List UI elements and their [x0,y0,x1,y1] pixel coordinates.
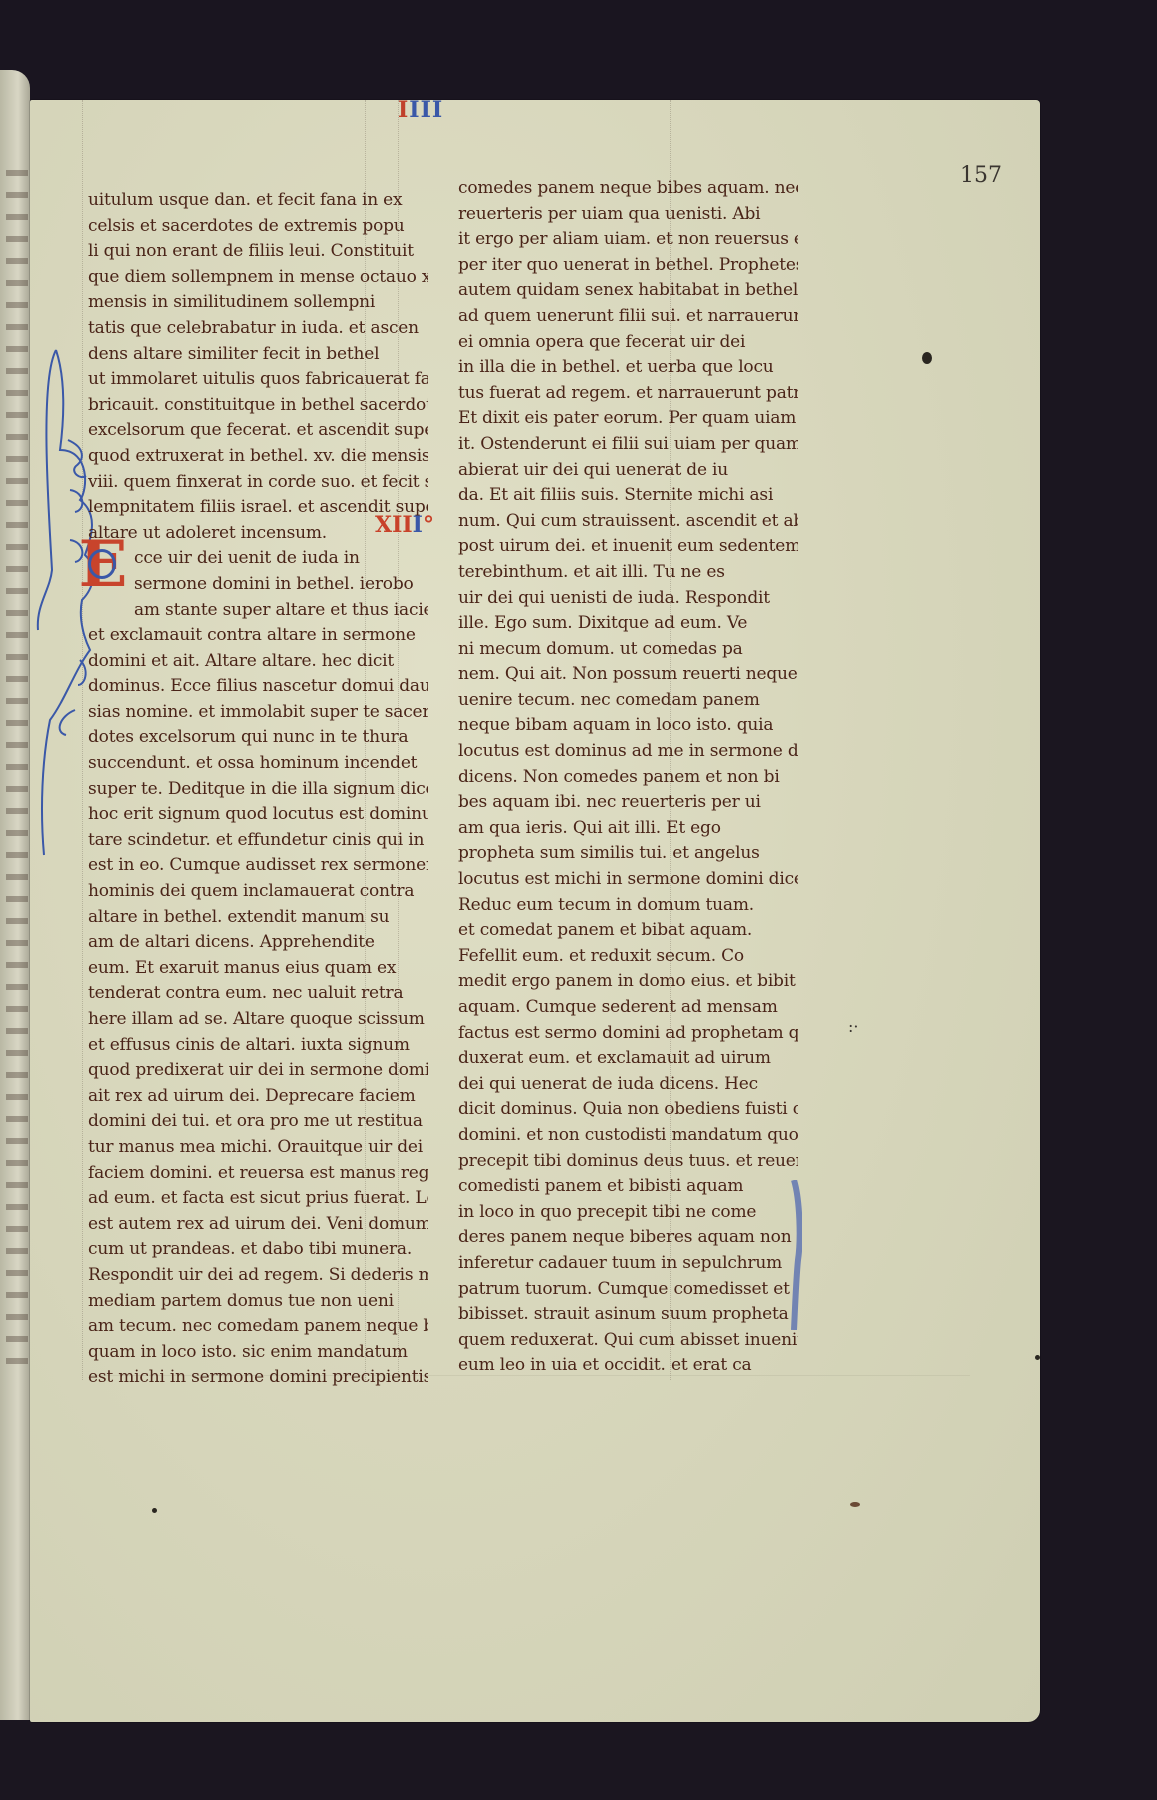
text-line: duxerat eum. et exclamauit ad uirum [458,1046,798,1072]
text-line: ille. Ego sum. Dixitque ad eum. Ve [458,611,798,637]
text-line: bricauit. constituitque in bethel sacerd… [88,393,428,419]
text-line: est michi in sermone domini precipientis… [88,1365,428,1391]
text-line: succendunt. et ossa hominum incendet [88,751,428,777]
ink-spot [922,352,932,364]
text-line: neque bibam aquam in loco isto. quia [458,713,798,739]
text-line: it ergo per aliam uiam. et non reuersus … [458,227,798,253]
margin-dots: :· [848,1017,858,1036]
facing-page-edge [0,70,30,1720]
text-line: est in eo. Cumque audisset rex sermonem [88,853,428,879]
text-line: dicens. Non comedes panem et non bi [458,765,798,791]
text-line: terebinthum. et ait illi. Tu ne es [458,560,798,586]
text-line: et effusus cinis de altari. iuxta signum [88,1033,428,1059]
text-line: domini et ait. Altare altare. hec dicit [88,649,428,675]
running-head-red: I [398,97,409,123]
text-line: am qua ieris. Qui ait illi. Et ego [458,816,798,842]
text-line: eum leo in uia et occidit. et erat ca [458,1353,798,1379]
text-line: reuerteris per uiam qua uenisti. Abi [458,202,798,228]
text-line: num. Qui cum strauissent. ascendit et ab… [458,509,798,535]
text-line: in loco in quo precepit tibi ne come [458,1200,798,1226]
text-line: sermone domini in bethel. ierobo [88,572,428,598]
text-line: sias nomine. et immolabit super te sacer [88,700,428,726]
text-line: tatis que celebrabatur in iuda. et ascen [88,316,428,342]
text-line: domini. et non custodisti mandatum quod [458,1123,798,1149]
text-column-right: comedes panem neque bibes aquam. necreue… [458,176,798,1379]
text-line: in illa die in bethel. et uerba que locu [458,355,798,381]
stain [850,1502,860,1507]
text-line: medit ergo panem in domo eius. et bibit [458,969,798,995]
text-line: ad eum. et facta est sicut prius fuerat.… [88,1186,428,1212]
text-line: inferetur cadauer tuum in sepulchrum [458,1251,798,1277]
dark-backdrop [0,0,1157,100]
text-line: tare scindetur. et effundetur cinis qui … [88,828,428,854]
text-line: uir dei qui uenisti de iuda. Respondit [458,586,798,612]
text-line: que diem sollempnem in mense octauo xv d… [88,265,428,291]
text-line: patrum tuorum. Cumque comedisset et [458,1277,798,1303]
text-line: quod extruxerat in bethel. xv. die mensi… [88,444,428,470]
text-line: deres panem neque biberes aquam non [458,1225,798,1251]
text-line: bibisset. strauit asinum suum propheta [458,1302,798,1328]
text-line: factus est sermo domini ad prophetam qui… [458,1021,798,1047]
text-line: Fefellit eum. et reduxit secum. Co [458,944,798,970]
text-line: tenderat contra eum. nec ualuit retra [88,981,428,1007]
text-line: est autem rex ad uirum dei. Veni domum m… [88,1212,428,1238]
running-head: IIII [398,97,488,123]
text-line: super te. Deditque in die illa signum di… [88,777,428,803]
text-line: ait rex ad uirum dei. Deprecare faciem [88,1084,428,1110]
text-line: dotes excelsorum qui nunc in te thura [88,725,428,751]
text-line: Et dixit eis pater eorum. Per quam uiam … [458,406,798,432]
text-line: aquam. Cumque sederent ad mensam [458,995,798,1021]
text-line: et comedat panem et bibat aquam. [458,918,798,944]
text-line: quam in loco isto. sic enim mandatum [88,1340,428,1366]
text-line: bes aquam ibi. nec reuerteris per ui [458,790,798,816]
text-line: lempnitatem filiis israel. et ascendit s… [88,495,428,521]
text-line: locutus est dominus ad me in sermone dom… [458,739,798,765]
text-line: here illam ad se. Altare quoque scissum … [88,1007,428,1033]
text-line: mensis in similitudinem sollempni [88,290,428,316]
text-line: altare in bethel. extendit manum su [88,905,428,931]
text-line: hoc erit signum quod locutus est dominus… [88,802,428,828]
running-head-blue: III [409,97,443,123]
text-line: faciem domini. et reuersa est manus regi… [88,1161,428,1187]
text-line: autem quidam senex habitabat in bethel [458,278,798,304]
text-line: ei omnia opera que fecerat uir dei [458,330,798,356]
text-line: quod predixerat uir dei in sermone domin… [88,1058,428,1084]
text-line: it. Ostenderunt ei filii sui uiam per qu… [458,432,798,458]
text-line: da. Et ait filiis suis. Sternite michi a… [458,483,798,509]
text-line: mediam partem domus tue non ueni [88,1289,428,1315]
text-line: post uirum dei. et inuenit eum sedentem … [458,534,798,560]
text-line: precepit tibi dominus deus tuus. et reue… [458,1149,798,1175]
text-line: am de altari dicens. Apprehendite [88,930,428,956]
folio-number: 157 [960,163,1002,188]
text-line: ad quem uenerunt filii sui. et narraueru… [458,304,798,330]
text-line: et exclamauit contra altare in sermone [88,623,428,649]
text-line: uitulum usque dan. et fecit fana in ex [88,188,428,214]
text-line: nem. Qui ait. Non possum reuerti neque [458,662,798,688]
text-line: uenire tecum. nec comedam panem [458,688,798,714]
text-line: dicit dominus. Quia non obediens fuisti … [458,1097,798,1123]
text-line: dens altare similiter fecit in bethel [88,342,428,368]
text-line: dominus. Ecce filius nascetur domui daui… [88,674,428,700]
stain [152,1508,157,1513]
text-line: excelsorum que fecerat. et ascendit supe… [88,418,428,444]
text-column-left: uitulum usque dan. et fecit fana in exce… [88,188,428,1391]
text-line: Respondit uir dei ad regem. Si dederis m… [88,1263,428,1289]
text-line: comedisti panem et bibisti aquam [458,1174,798,1200]
text-line: abierat uir dei qui uenerat de iu [458,458,798,484]
text-line: ut immolaret uitulis quos fabricauerat f… [88,367,428,393]
text-line: celsis et sacerdotes de extremis popu [88,214,428,240]
text-line: am tecum. nec comedam panem neque bibam … [88,1314,428,1340]
stain [1035,1355,1040,1360]
text-line: propheta sum similis tui. et angelus [458,841,798,867]
text-line: Reduc eum tecum in domum tuam. [458,893,798,919]
text-line: locutus est michi in sermone domini dice… [458,867,798,893]
blue-margin-stroke [790,1180,802,1330]
text-line: domini dei tui. et ora pro me ut restitu… [88,1109,428,1135]
text-line: dei qui uenerat de iuda dicens. Hec [458,1072,798,1098]
text-line: am stante super altare et thus iaciente [88,598,428,624]
text-line: per iter quo uenerat in bethel. Prophete… [458,253,798,279]
text-line: cum ut prandeas. et dabo tibi munera. [88,1237,428,1263]
text-line: ni mecum domum. ut comedas pa [458,637,798,663]
text-line: viii. quem finxerat in corde suo. et fec… [88,470,428,496]
text-line: hominis dei quem inclamauerat contra [88,879,428,905]
text-line: tur manus mea michi. Orauitque uir dei [88,1135,428,1161]
text-line: quem reduxerat. Qui cum abisset inuenit [458,1328,798,1354]
text-line: tus fuerat ad regem. et narrauerunt patr… [458,381,798,407]
text-line: altare ut adoleret incensum. [88,521,428,547]
text-line: cce uir dei uenit de iuda in [88,546,428,572]
text-line: eum. Et exaruit manus eius quam ex [88,956,428,982]
facing-page-text-edge [6,170,28,1370]
text-line: li qui non erant de filiis leui. Constit… [88,239,428,265]
text-line: comedes panem neque bibes aquam. nec [458,176,798,202]
